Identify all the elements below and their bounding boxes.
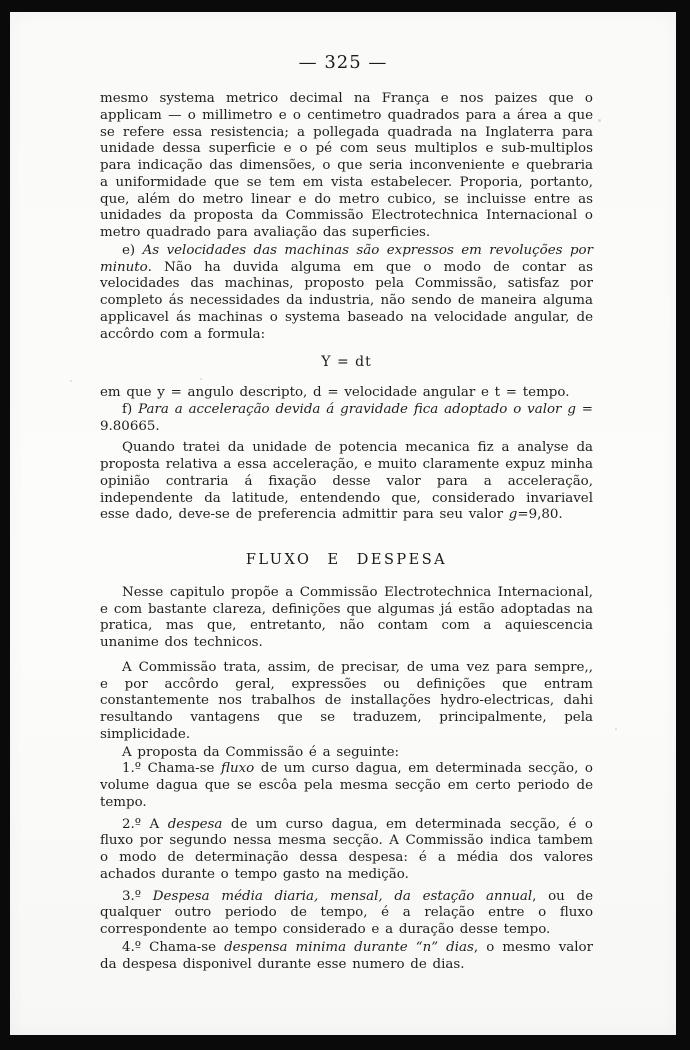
paragraph: Nesse capitulo propõe a Commissão Electr… xyxy=(100,585,593,652)
body-text: A Commissão trata, assim, de precisar, d… xyxy=(100,660,593,742)
body-text: 2.º A xyxy=(122,817,168,832)
body-text: Nesse capitulo propõe a Commissão Electr… xyxy=(100,585,593,650)
paragraph: f) Para a acceleração devida á gravidade… xyxy=(100,402,593,436)
scan-speckle xyxy=(598,119,601,122)
paragraph: 3.º Despesa média diaria, mensal, da est… xyxy=(100,889,593,939)
scan-speckle xyxy=(560,447,562,449)
body-text: 1.º Chama-se xyxy=(122,761,221,776)
body-text: 3.º xyxy=(122,889,153,904)
text-column: mesmo systema metrico decimal na França … xyxy=(100,91,593,973)
italic-text: Para a acceleração devida á gravidade fi… xyxy=(138,402,567,417)
body-text: . Não ha duvida alguma em que o modo de … xyxy=(100,260,593,342)
italic-text: Despesa média diaria, mensal, da estação… xyxy=(153,889,532,904)
body-text: f) xyxy=(122,402,138,417)
italic-text: g xyxy=(567,402,576,417)
paragraph: A proposta da Commissão é a seguinte: xyxy=(100,745,593,762)
body-text: em que y = angulo descripto, d = velocid… xyxy=(100,385,569,400)
paragraph: em que y = angulo descripto, d = velocid… xyxy=(100,385,593,402)
page-number: — 325 — xyxy=(10,52,676,73)
italic-text: fluxo xyxy=(221,761,254,776)
paragraph: A Commissão trata, assim, de precisar, d… xyxy=(100,660,593,744)
paragraph: e) As velocidades das machinas são expre… xyxy=(100,243,593,344)
italic-text: despesa xyxy=(168,817,223,832)
body-text: 4.º Chama-se xyxy=(122,940,224,955)
page-sheet: — 325 — mesmo systema metrico decimal na… xyxy=(10,12,676,1035)
scan-speckle xyxy=(70,380,72,382)
scan-speckle xyxy=(615,728,617,730)
formula: Y = dt xyxy=(100,354,593,371)
paragraph: mesmo systema metrico decimal na França … xyxy=(100,91,593,242)
body-text: A proposta da Commissão é a seguinte: xyxy=(122,745,399,760)
italic-text: despensa minima durante “n” dias xyxy=(224,940,474,955)
paragraph: 1.º Chama-se fluxo de um curso dagua, em… xyxy=(100,761,593,811)
body-text: mesmo systema metrico decimal na França … xyxy=(100,91,593,240)
body-text: e) xyxy=(122,243,143,258)
scan-speckle xyxy=(530,860,532,862)
paragraph: Quando tratei da unidade de potencia mec… xyxy=(100,440,593,524)
scan-background: — 325 — mesmo systema metrico decimal na… xyxy=(0,0,690,1050)
scan-speckle xyxy=(200,378,202,380)
section-heading: FLUXO E DESPESA xyxy=(100,552,593,569)
body-text: =9,80. xyxy=(517,507,562,522)
paragraph: 4.º Chama-se despensa minima durante “n”… xyxy=(100,940,593,974)
paragraph: 2.º A despesa de um curso dagua, em dete… xyxy=(100,817,593,884)
